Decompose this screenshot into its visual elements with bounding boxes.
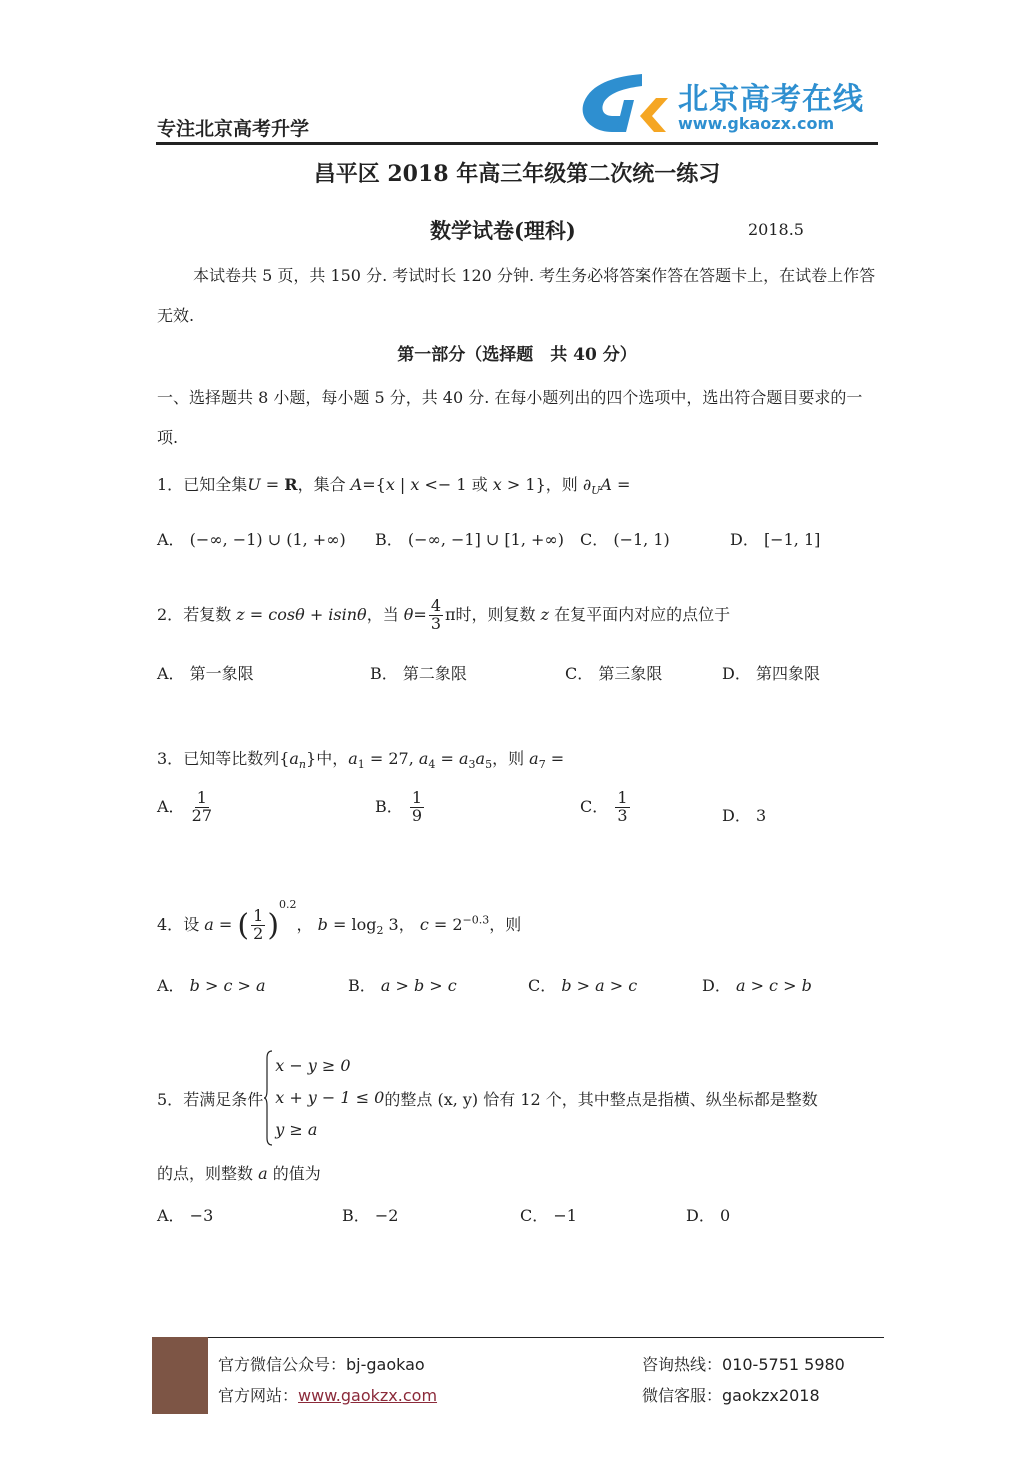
option-label: A． [157,976,185,995]
math-var: θ= [404,605,427,624]
question-number: 2． [157,605,183,624]
math-var: b [318,915,328,934]
stem-text: 已知等比数列{ [183,749,289,768]
math-sub: n [299,758,306,771]
question-1-option-b: B． (−∞, −1] ∪ [1, +∞) [375,527,564,550]
question-number: 1． [157,475,183,494]
stem-text: = log [328,915,377,934]
question-4-option-b: B． a > b > c [348,973,457,996]
question-3-option-d: D． 3 [722,803,766,826]
stem-text: ，则 [492,749,529,768]
stem-text: 设 [183,915,204,934]
math-var: z [541,605,549,624]
fraction: 12 [251,908,265,943]
stem-text: ， [297,915,318,934]
math-var: a [258,1164,268,1183]
question-5-option-b: B． −2 [342,1203,398,1226]
stem-text: = [214,915,238,934]
footer-label: 咨询热线： [642,1355,722,1374]
denominator: 3 [431,616,441,633]
denominator: 27 [192,808,212,825]
brand-logo: 北京高考在线 www.gkaozx.com [578,72,878,136]
stem-text: 在复平面内对应的点位于 [549,605,730,624]
stem-text: 的值为 [268,1164,321,1183]
math-var: a [459,749,469,768]
math-sub: 3 [469,758,476,771]
stem-text: 3， [383,915,419,934]
option-text: b > c > a [190,976,266,995]
question-1-option-c: C． (−1, 1) [580,527,670,550]
question-3-option-c: C． 13 [580,790,632,825]
option-label: A． [157,797,185,816]
question-5-stem: 5．若满足条件 x − y ≥ 0 x + y − 1 ≤ 0 y ≥ a 的整… [157,1050,818,1146]
footer-label: 微信客服： [642,1386,722,1405]
option-text: [−1, 1] [764,530,820,549]
option-text: 第一象限 [190,664,254,683]
question-4-stem: 4．设 a = (12)0.2， b = log2 3， c = 2−0.3，则 [157,898,521,943]
inequality-line: y ≥ a [275,1114,384,1146]
paren-open: ( [237,908,249,943]
question-number: 3． [157,749,183,768]
stem-text: 已知全集 [183,475,247,494]
question-2-stem: 2．若复数 z = cosθ + isinθ，当 θ=43π时，则复数 z 在复… [157,598,730,633]
footer-wechat: 官方微信公众号：bj-gaokao [218,1352,425,1375]
math-var: a [204,915,214,934]
question-5-option-a: A． −3 [157,1203,213,1226]
question-4-option-d: D． a > c > b [702,973,812,996]
option-text: (−∞, −1) ∪ (1, +∞) [190,530,346,549]
question-3-option-b: B． 19 [375,790,426,825]
question-3-stem: 3．已知等比数列{an}中，a1 = 27, a4 = a3a5，则 a7 = [157,746,564,771]
footer-value: gaokzx2018 [722,1386,820,1405]
question-2-option-c: C． 第三象限 [565,661,662,684]
website-link[interactable]: www.gaokzx.com [298,1386,437,1405]
option-text: (−1, 1) [613,530,669,549]
math-sub: 7 [539,758,546,771]
math-exponent: −0.3 [463,914,490,927]
option-label: C． [580,797,608,816]
option-text: a > b > c [381,976,457,995]
inequality-system: x − y ≥ 0 x + y − 1 ≤ 0 y ≥ a [263,1050,384,1146]
math-sub: U [591,484,600,497]
stem-text: ，集合 [298,475,351,494]
option-label: D． [702,976,731,995]
question-1-option-d: D． [−1, 1] [730,527,820,550]
math-var: x [493,475,502,494]
stem-text: = 27, [365,749,419,768]
footer-label: 官方网站： [218,1386,298,1405]
section-heading: 第一部分（选择题 共 40 分） [0,340,1034,365]
option-label: A． [157,530,185,549]
stem-text: ，当 [367,605,404,624]
option-text: −3 [190,1206,214,1225]
question-4-option-a: A． b > c > a [157,973,266,996]
stem-text: π时，则复数 [445,605,541,624]
stem-text: 的点，则整数 [157,1164,258,1183]
fraction: 127 [192,790,212,825]
left-brace-icon [263,1050,273,1146]
math-var: c [420,915,429,934]
header-divider [156,142,878,145]
denominator: 3 [617,808,627,825]
fraction: 13 [615,790,629,825]
option-label: C． [565,664,593,683]
question-4-option-c: C． b > a > c [528,973,637,996]
math-var: A [351,475,363,494]
footer-color-block [152,1337,208,1414]
math-var: a [419,749,429,768]
stem-text: ={ [362,475,386,494]
exam-date: 2018.5 [748,220,804,239]
question-2-option-d: D． 第四象限 [722,661,820,684]
footer-value: bj-gaokao [346,1355,425,1374]
question-3-option-a: A． 127 [157,790,214,825]
option-text: −1 [553,1206,577,1225]
option-text: 第三象限 [598,664,662,683]
question-2-option-b: B． 第二象限 [370,661,467,684]
footer-divider [208,1337,884,1338]
section-instructions: 一、选择题共 8 小题，每小题 5 分，共 40 分. 在每小题列出的四个选项中… [157,378,879,458]
question-5-option-d: D． 0 [686,1203,730,1226]
option-label: A． [157,664,185,683]
footer-service: 微信客服：gaokzx2018 [642,1383,820,1406]
math-var: a [476,749,486,768]
footer-website: 官方网站：www.gaokzx.com [218,1383,437,1406]
math-set: R [284,475,297,494]
option-label: D． [686,1206,715,1225]
math-expression: z = cosθ + isinθ [236,605,366,624]
exam-intro: 本试卷共 5 页，共 150 分. 考试时长 120 分钟. 考生务必将答案作答… [157,256,879,336]
fraction: 19 [410,790,424,825]
stem-text: = [261,475,285,494]
question-number: 5． [157,1087,183,1110]
math-var: U [247,475,260,494]
stem-text: 若复数 [183,605,236,624]
option-text: 3 [756,806,766,825]
stem-text: }中， [306,749,348,768]
option-label: C． [580,530,608,549]
paren-close: ) [267,908,279,943]
exam-subtitle: 数学试卷(理科) [430,215,576,245]
option-label: B． [375,530,403,549]
stem-text: 若满足条件 [183,1087,263,1110]
option-text: 第四象限 [756,664,820,683]
stem-text: = [546,749,565,768]
stem-text: 的整点 (x, y) 恰有 12 个，其中整点是指横、纵坐标都是整数 [384,1087,817,1110]
option-text: a > c > b [736,976,812,995]
question-number: 4． [157,915,183,934]
math-var: a [289,749,299,768]
math-exponent: 0.2 [279,898,297,911]
question-1-option-a: A． (−∞, −1) ∪ (1, +∞) [157,527,346,550]
stem-text: = [435,749,459,768]
stem-text: > 1}，则 ∂ [502,475,591,494]
question-5-option-c: C． −1 [520,1203,577,1226]
footer-hotline: 咨询热线：010-5751 5980 [642,1352,845,1375]
option-label: C． [528,976,556,995]
option-text: 0 [720,1206,730,1225]
math-sub: 1 [358,758,365,771]
inequality-line: x − y ≥ 0 [275,1050,384,1082]
question-5-stem-continued: 的点，则整数 a 的值为 [157,1161,321,1184]
footer-value: 010-5751 5980 [722,1355,845,1374]
option-label: B． [370,664,398,683]
question-1-stem: 1．已知全集U = R，集合 A={x | x <− 1 或 x > 1}，则 … [157,472,630,497]
option-label: D． [730,530,759,549]
option-text: 第二象限 [403,664,467,683]
option-label: A． [157,1206,185,1225]
exam-title: 昌平区 2018 年高三年级第二次统一练习 [0,157,1034,188]
option-text: b > a > c [561,976,637,995]
math-var: a [529,749,539,768]
math-var: A [600,475,612,494]
math-var: a [348,749,358,768]
option-label: C． [520,1206,548,1225]
option-text: (−∞, −1] ∪ [1, +∞) [408,530,564,549]
question-2-option-a: A． 第一象限 [157,661,254,684]
footer-label: 官方微信公众号： [218,1355,346,1374]
inequality-line: x + y − 1 ≤ 0 [275,1082,384,1114]
header-slogan: 专注北京高考升学 [157,114,309,141]
stem-text: ，则 [489,915,521,934]
stem-text: <− 1 或 [419,475,492,494]
option-label: D． [722,664,751,683]
gk-logo-icon [578,72,670,134]
option-text: −2 [375,1206,399,1225]
option-label: D． [722,806,751,825]
stem-text: = 2 [429,915,463,934]
fraction: 43 [429,598,443,633]
logo-url: www.gkaozx.com [678,114,834,133]
logo-name: 北京高考在线 [678,74,864,118]
math-var: x [386,475,395,494]
option-label: B． [342,1206,370,1225]
denominator: 9 [412,808,422,825]
stem-text: | [395,475,411,494]
option-label: B． [348,976,376,995]
option-label: B． [375,797,403,816]
denominator: 2 [253,926,263,943]
stem-text: = [612,475,631,494]
